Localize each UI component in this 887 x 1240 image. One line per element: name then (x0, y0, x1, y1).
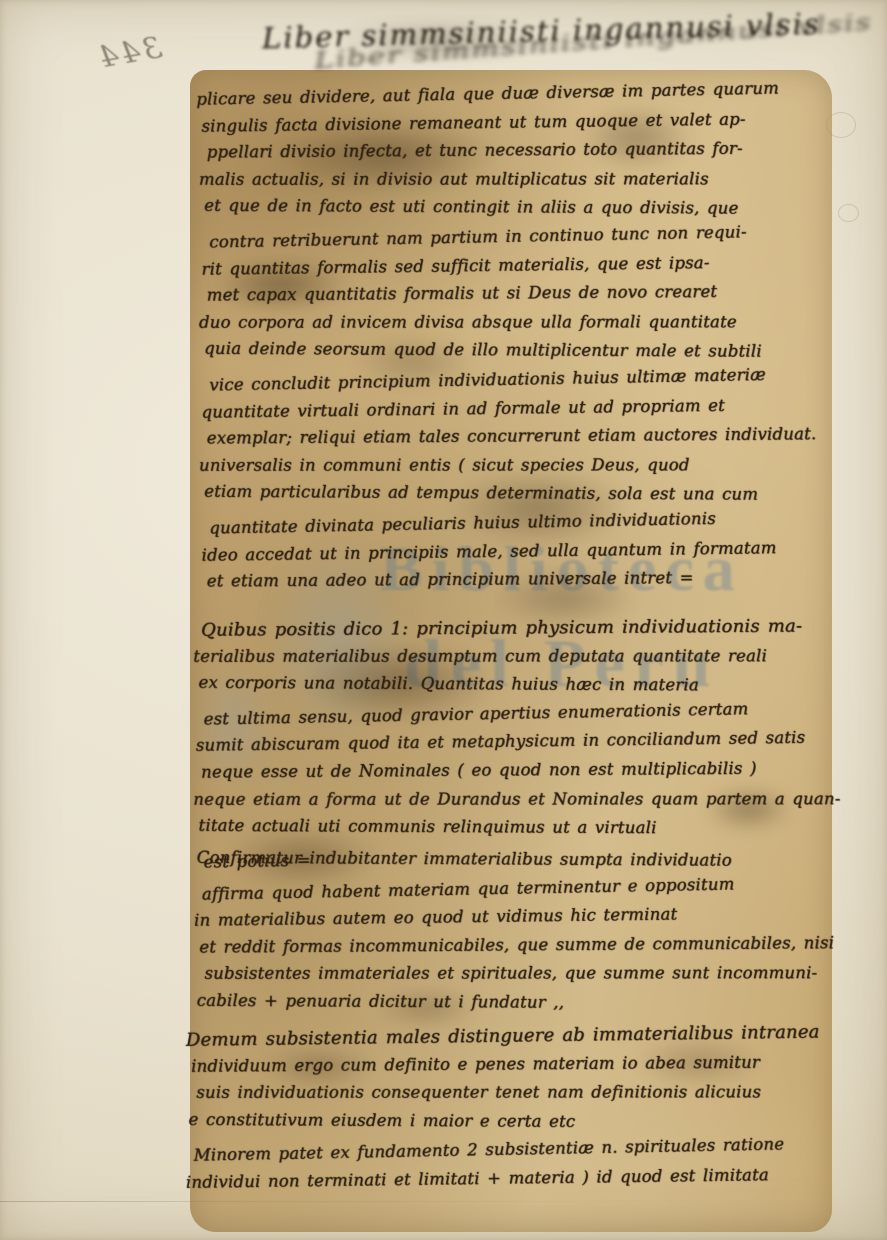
ink-smudge (186, 248, 376, 322)
ring-mark (838, 204, 859, 222)
ink-smudge (326, 326, 501, 398)
ring-mark (826, 112, 856, 138)
manuscript-line: cabiles + penuaria dicitur ut i fundatur… (197, 991, 844, 1023)
ink-smudge (196, 816, 411, 900)
ink-smudge (264, 626, 534, 738)
manuscript-line: et reddit formas incommunicabiles, que s… (199, 933, 843, 966)
ink-smudge (606, 1026, 791, 1098)
ink-smudge (354, 982, 499, 1034)
manuscript-line: subsistentes immateriales et spirituales… (204, 964, 843, 993)
fold-crease-line (0, 1201, 887, 1202)
ink-smudge (236, 1036, 401, 1098)
ink-smudge (462, 556, 667, 640)
ink-smudge (686, 778, 811, 840)
manuscript-page: Biblioteca del Peru 344 Liber simmsiniis… (0, 0, 887, 1240)
ink-smudge (556, 92, 716, 184)
ink-smudge (414, 452, 664, 564)
ink-smudge (232, 104, 542, 208)
